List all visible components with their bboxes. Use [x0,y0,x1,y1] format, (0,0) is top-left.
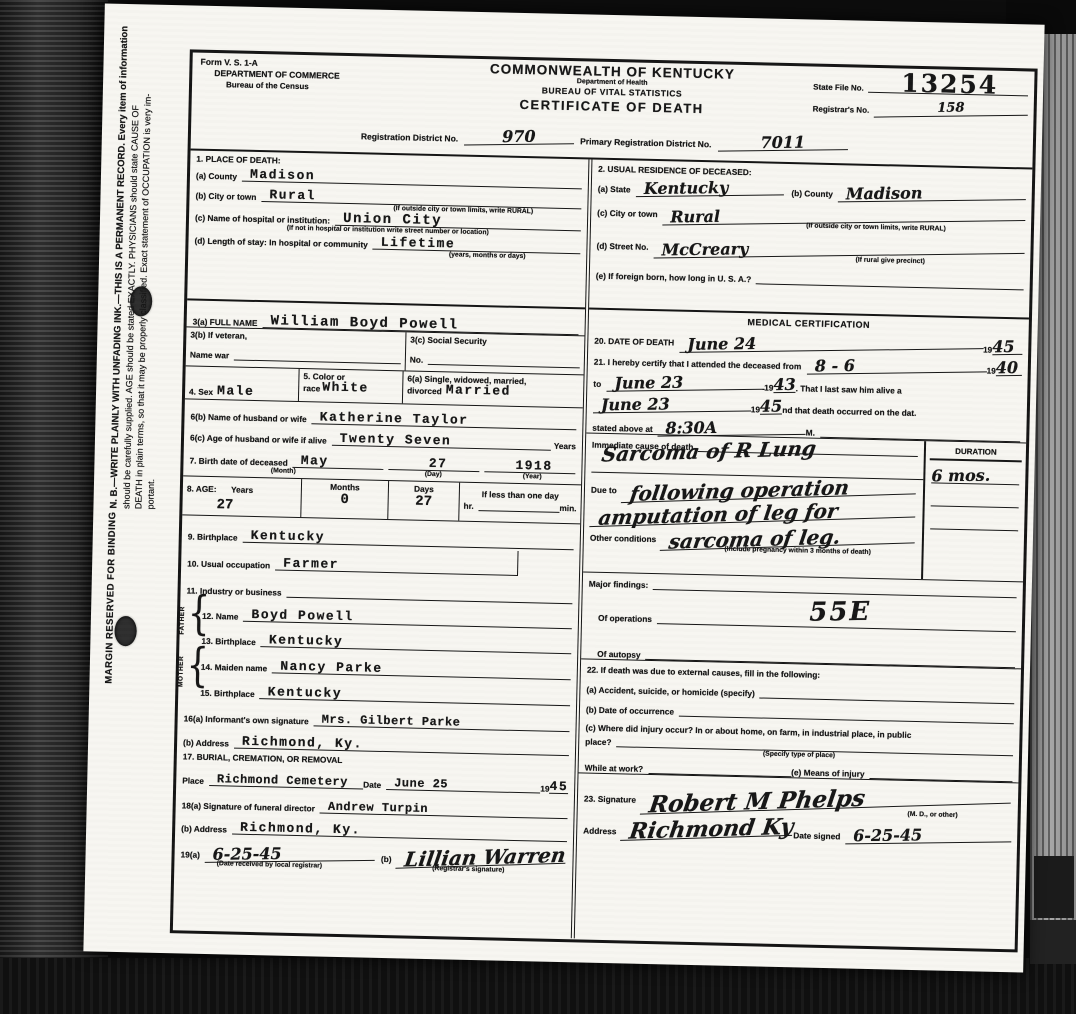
date-signed-label: Date signed [793,830,840,841]
physician-signature-section: 23. Signature Robert M Phelps (M. D., or… [577,773,1018,845]
father-side-label: FATHER [179,606,187,635]
color-value: White [322,381,369,394]
registrar-no-label: Registrar's No. [813,105,870,115]
funeral-address-label: (b) Address [181,823,227,834]
full-name-label: 3(a) FULL NAME [193,317,258,328]
margin-binding-label: MARGIN RESERVED FOR BINDING [98,511,120,933]
occurrence-date-label: (b) Date of occurrence [586,705,674,717]
date-of-death-value: June 24 [679,334,983,353]
veteran-war-label: Name war [190,349,229,360]
cause-line-1: Sarcoma of R Lung [601,440,817,462]
residence-street-value: McCreary [654,239,1025,259]
death-certificate-form: Form V. S. 1-A DEPARTMENT OF COMMERCE Bu… [170,49,1038,952]
of-autopsy-label: Of autopsy [587,649,641,660]
burial-date-label: Date [363,780,381,790]
city-label: (b) City or town [195,191,256,202]
mother-section: MOTHER { 14. Maiden name Nancy Parke 15.… [178,645,577,706]
of-operations-label: Of operations [588,613,652,624]
informant-address-label: (b) Address [183,737,229,748]
mother-name-label: 14. Maiden name [201,662,268,674]
sex-value: Male [217,385,254,398]
scan-artifact [1030,920,1076,964]
state-file-label: State File No. [813,83,864,93]
other-conditions-label: Other conditions [590,533,657,545]
residence-county-label: (b) County [791,188,833,199]
cause-line-4: sarcoma of leg. [660,526,917,551]
attended-to-value: June 23 [606,375,764,392]
last-seen-value: June 23 [593,396,751,413]
years-suffix: Years [554,441,576,452]
age-label: 8. AGE: [187,483,217,494]
occupation-label: 10. Usual occupation [187,558,270,570]
county-label: (a) County [196,171,237,182]
binding-margin-note: MARGIN RESERVED FOR BINDING N. B.—WRITE … [98,54,167,935]
cause-line-3: amputation of leg for [589,500,917,527]
death-time-value: 8:30A [658,420,806,437]
date-signed-value: 6-25-45 [845,827,1011,844]
birthplace-label: 9. Birthplace [188,531,238,542]
date-received-value: 6-25-45 [205,846,375,863]
section-usual-residence: 2. USUAL RESIDENCE OF DECEASED: (a) Stat… [589,160,1032,320]
foreign-born-label: (e) If foreign born, how long in U. S. A… [596,271,752,285]
burial-date-year: 45 [549,781,568,794]
duration-value: 6 mos. [931,469,990,484]
scan-artifact [1034,856,1074,918]
certificate-paper: MARGIN RESERVED FOR BINDING N. B.—WRITE … [83,3,1044,972]
residence-state-label: (a) State [598,184,631,195]
section-place-of-death: 1. PLACE OF DEATH: (a) County Madison (b… [187,150,588,309]
duration-box: DURATION 6 mos. [921,441,1026,581]
residence-city-value: Rural [663,206,1026,225]
state-file-number: 13254 [901,69,999,100]
major-findings-section: Major findings: Of operations 55E Of aut… [581,572,1023,669]
means-of-injury-label: (e) Means of injury [791,767,865,779]
form-header: Form V. S. 1-A DEPARTMENT OF COMMERCE Bu… [191,52,1035,167]
attended-from-year: 40 [996,361,1022,376]
registration-district-label: Registration District No. [361,131,458,143]
right-column: 2. USUAL RESIDENCE OF DECEASED: (a) Stat… [571,159,1033,948]
age-years-value: 27 [186,496,296,514]
residence-county-value: Madison [838,185,1026,202]
last-seen-year: 45 [760,400,782,415]
due-to-label: Due to [591,485,617,496]
major-findings-label: Major findings: [589,579,649,590]
registrar-signature: Lillian Warren [395,847,567,869]
residence-state-value: Kentucky [635,180,783,197]
physician-address-label: Address [583,826,616,837]
date-of-death-label: 20. DATE OF DEATH [594,336,674,348]
signature-label: 23. Signature [584,794,636,805]
ssn-no-label: No. [410,354,424,364]
residence-street-label: (d) Street No. [596,241,648,252]
attended-from-value: 8 - 6 [806,357,986,374]
residence-city-label: (c) City or town [597,208,658,219]
father-section: FATHER { 12. Name Boyd Powell 13. Birthp… [179,595,578,654]
attended-to-year: 43 [773,378,795,393]
duration-label: DURATION [930,443,1022,462]
age-months-value: 0 [305,491,383,509]
cause-of-death-section: Immediate cause of death Sarcoma of R Lu… [583,433,1026,582]
sex-label: 4. Sex [189,386,213,397]
cause-line-2: following operation [621,477,919,503]
operations-value: 55E [810,597,872,628]
marital-value: Married [446,384,511,397]
age-days-value: 27 [392,493,454,510]
registrar-number: 158 [873,101,1028,118]
section-medical-certification: MEDICAL CERTIFICATION 20. DATE OF DEATH … [586,310,1029,444]
external-causes-section: 22. If death was due to external causes,… [579,659,1021,783]
county-value: Madison [242,169,582,190]
burial-place-label: Place [182,775,204,785]
date-of-death-year: 45 [992,340,1022,355]
while-at-work-label: While at work? [585,763,644,774]
physician-address: Richmond Ky [620,819,794,841]
left-column: 1. PLACE OF DEATH: (a) County Madison (b… [173,150,589,938]
primary-district-label: Primary Registration District No. [580,136,712,149]
mother-birthplace-label: 15. Birthplace [200,688,255,699]
mother-side-label: MOTHER [177,656,185,687]
burial-section: 17. BURIAL, CREMATION, OR REMOVAL Place … [175,747,575,842]
registration-district-number: 970 [464,129,574,145]
primary-district-number: 7011 [717,135,847,152]
physician-signature: Robert M Phelps [640,786,1013,814]
